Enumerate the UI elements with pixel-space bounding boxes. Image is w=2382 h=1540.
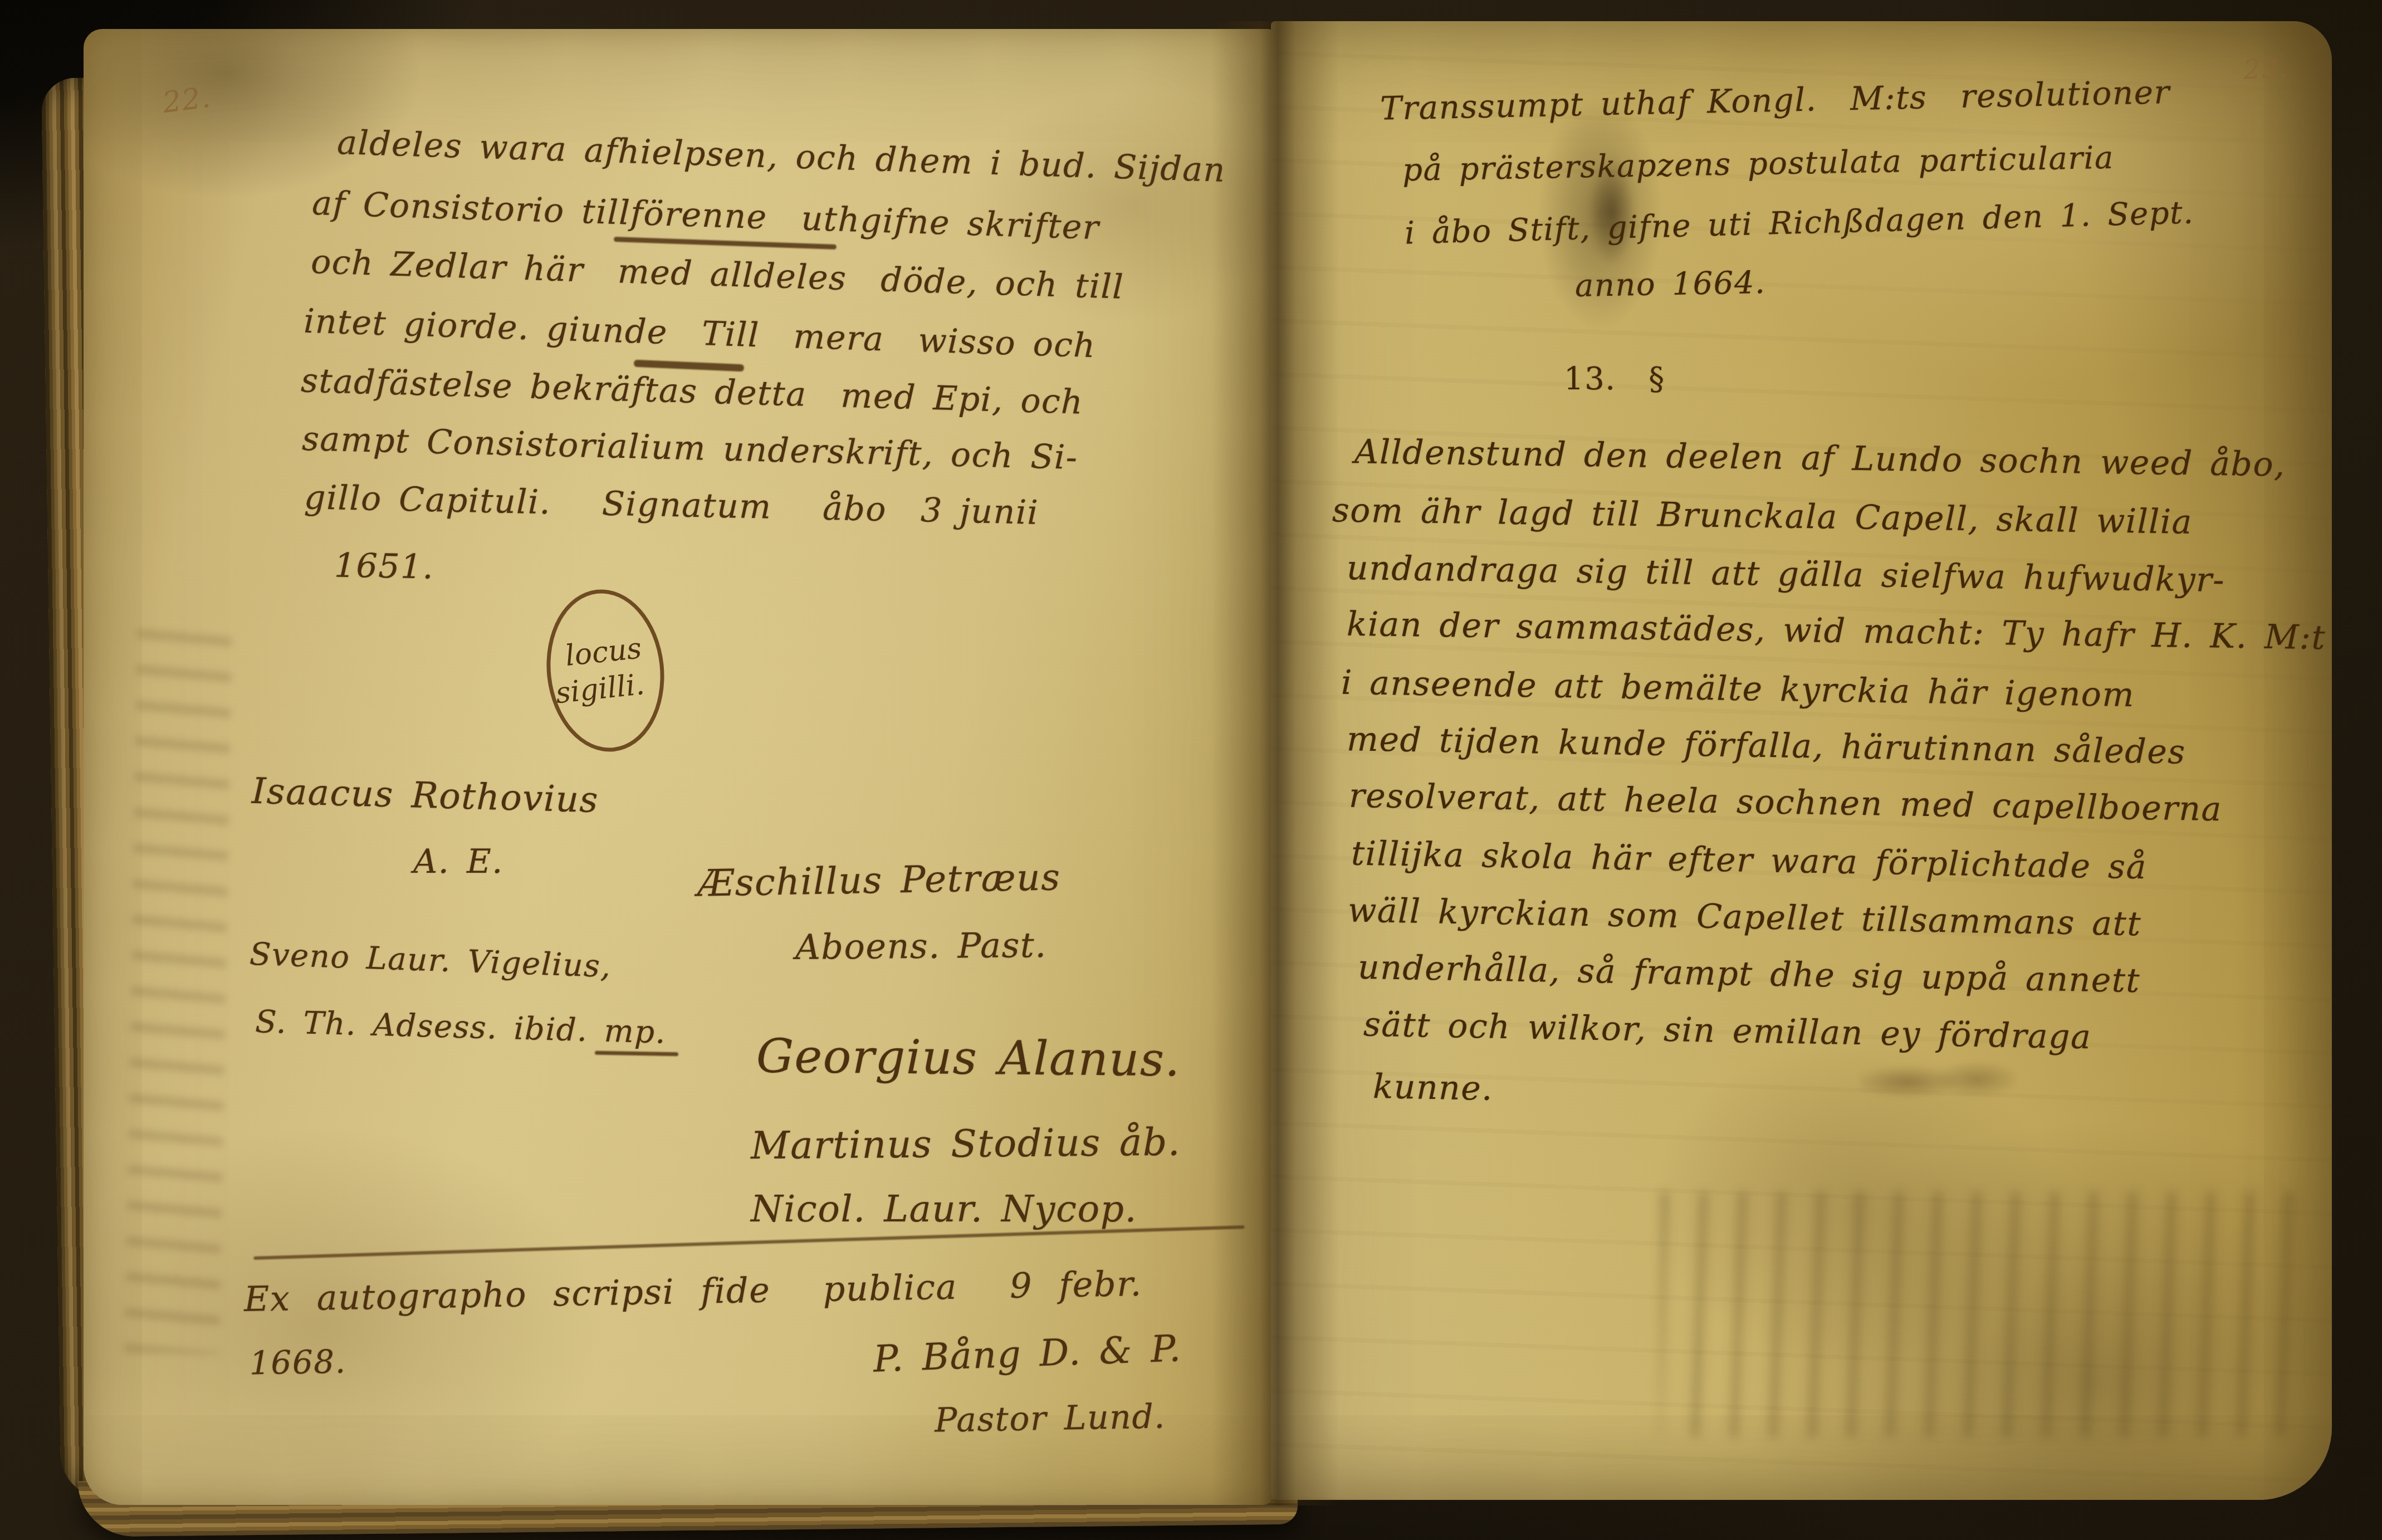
manuscript-photo: 22. aldeles wara afhielpsen, och dhem i … (0, 0, 2382, 1540)
section-number: 13. § (1564, 361, 1665, 397)
signature-nicolaus-nycop: Nicol. Laur. Nycop. (751, 1187, 1137, 1230)
book-gutter-shadow (1211, 21, 1339, 1505)
page-number-right: 23. (2243, 52, 2290, 86)
signature-isaacus-initials: A. E. (413, 842, 503, 881)
page-number-left: 22. (161, 81, 213, 120)
signature-georgius-alanus: Georgius Alanus. (756, 1029, 1181, 1087)
manuscript-line: kunne. (1372, 1067, 1493, 1108)
manuscript-line: 1651. (334, 546, 434, 586)
signature-martinus-stodius: Martinus Stodius åb. (751, 1121, 1181, 1169)
signature-aeschillus-title: Aboens. Past. (795, 925, 1047, 967)
signature-aeschillus-petraeus: Æschillus Petræus (697, 855, 1061, 905)
attestation-year: 1668. (249, 1342, 346, 1382)
heading-line: anno 1664. (1574, 265, 1765, 304)
signature-p-bang-title: Pastor Lund. (934, 1397, 1166, 1440)
